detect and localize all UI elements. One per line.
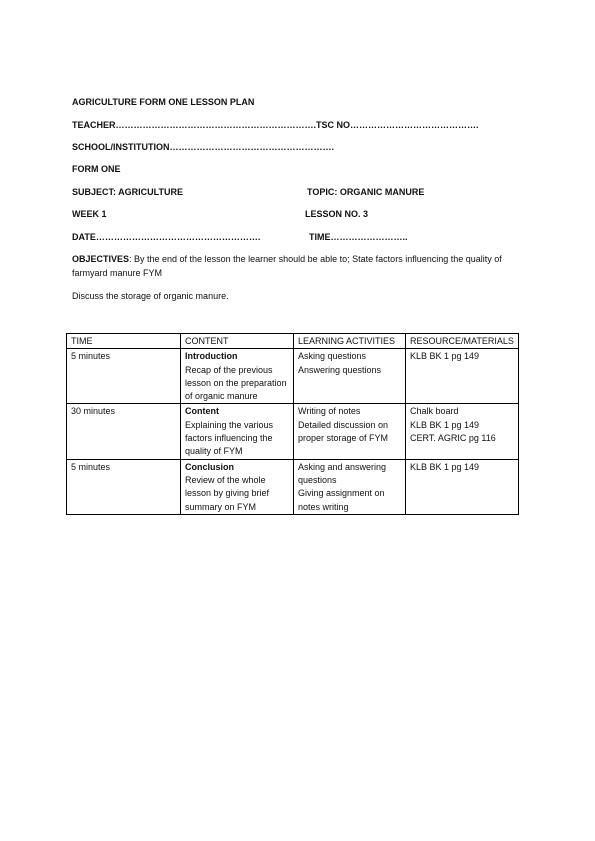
content-title: Content [185,405,289,418]
objectives-label: OBJECTIVES [72,254,129,264]
table-row: 5 minutes Introduction Recap of the prev… [67,349,519,404]
resource-item: KLB BK 1 pg 149 [410,419,514,432]
activity-item: Writing of notes [298,405,401,418]
activity-item: Giving assignment on notes writing [298,487,401,514]
header-learning-activities: LEARNING ACTIVITIES [294,334,406,349]
header-content: CONTENT [181,334,294,349]
time-cell: 5 minutes [67,349,181,404]
subject-label: SUBJECT: AGRICULTURE [72,186,183,198]
week-label: WEEK 1 [72,208,107,220]
resources-cell: Chalk board KLB BK 1 pg 149 CERT. AGRIC … [406,404,519,459]
lesson-number-label: LESSON NO. 3 [305,208,368,220]
form-label: FORM ONE [72,163,121,175]
resource-item: Chalk board [410,405,514,418]
table-row: 5 minutes Conclusion Review of the whole… [67,459,519,514]
time-cell: 30 minutes [67,404,181,459]
document-title: AGRICULTURE FORM ONE LESSON PLAN [72,96,254,108]
activity-item: Detailed discussion on proper storage of… [298,419,401,446]
content-text: Review of the whole lesson by giving bri… [185,475,269,512]
activity-item: Asking and answering questions [298,461,401,488]
resource-item: KLB BK 1 pg 149 [410,461,514,474]
resource-item: CERT. AGRIC pg 116 [410,432,514,445]
activity-item: Asking questions [298,350,401,363]
content-title: Introduction [185,350,289,363]
activity-item: Answering questions [298,364,401,377]
content-title: Conclusion [185,461,289,474]
content-cell: Introduction Recap of the previous lesso… [181,349,294,404]
topic-label: TOPIC: ORGANIC MANURE [307,186,424,198]
objectives-text: : By the end of the lesson the learner s… [72,254,502,278]
objectives-paragraph: OBJECTIVES: By the end of the lesson the… [72,252,512,280]
time-field: TIME…………………….. [309,231,408,243]
activities-cell: Writing of notes Detailed discussion on … [294,404,406,459]
time-cell: 5 minutes [67,459,181,514]
teacher-field: TEACHER………………………………………………………….TSC NO…………… [72,119,479,131]
content-text: Explaining the various factors influenci… [185,420,273,457]
header-time: TIME [67,334,181,349]
resources-cell: KLB BK 1 pg 149 [406,459,519,514]
date-field: DATE………………………………………………. [72,231,260,243]
activities-cell: Asking and answering questions Giving as… [294,459,406,514]
objective-storage: Discuss the storage of organic manure. [72,290,229,302]
lesson-plan-table: TIME CONTENT LEARNING ACTIVITIES RESOURC… [66,333,519,515]
school-field: SCHOOL/INSTITUTION………………………………………………. [72,141,334,153]
content-cell: Content Explaining the various factors i… [181,404,294,459]
table-header-row: TIME CONTENT LEARNING ACTIVITIES RESOURC… [67,334,519,349]
header-resources: RESOURCE/MATERIALS [406,334,519,349]
content-cell: Conclusion Review of the whole lesson by… [181,459,294,514]
resource-item: KLB BK 1 pg 149 [410,350,514,363]
table-row: 30 minutes Content Explaining the variou… [67,404,519,459]
content-text: Recap of the previous lesson on the prep… [185,365,287,402]
resources-cell: KLB BK 1 pg 149 [406,349,519,404]
activities-cell: Asking questions Answering questions [294,349,406,404]
